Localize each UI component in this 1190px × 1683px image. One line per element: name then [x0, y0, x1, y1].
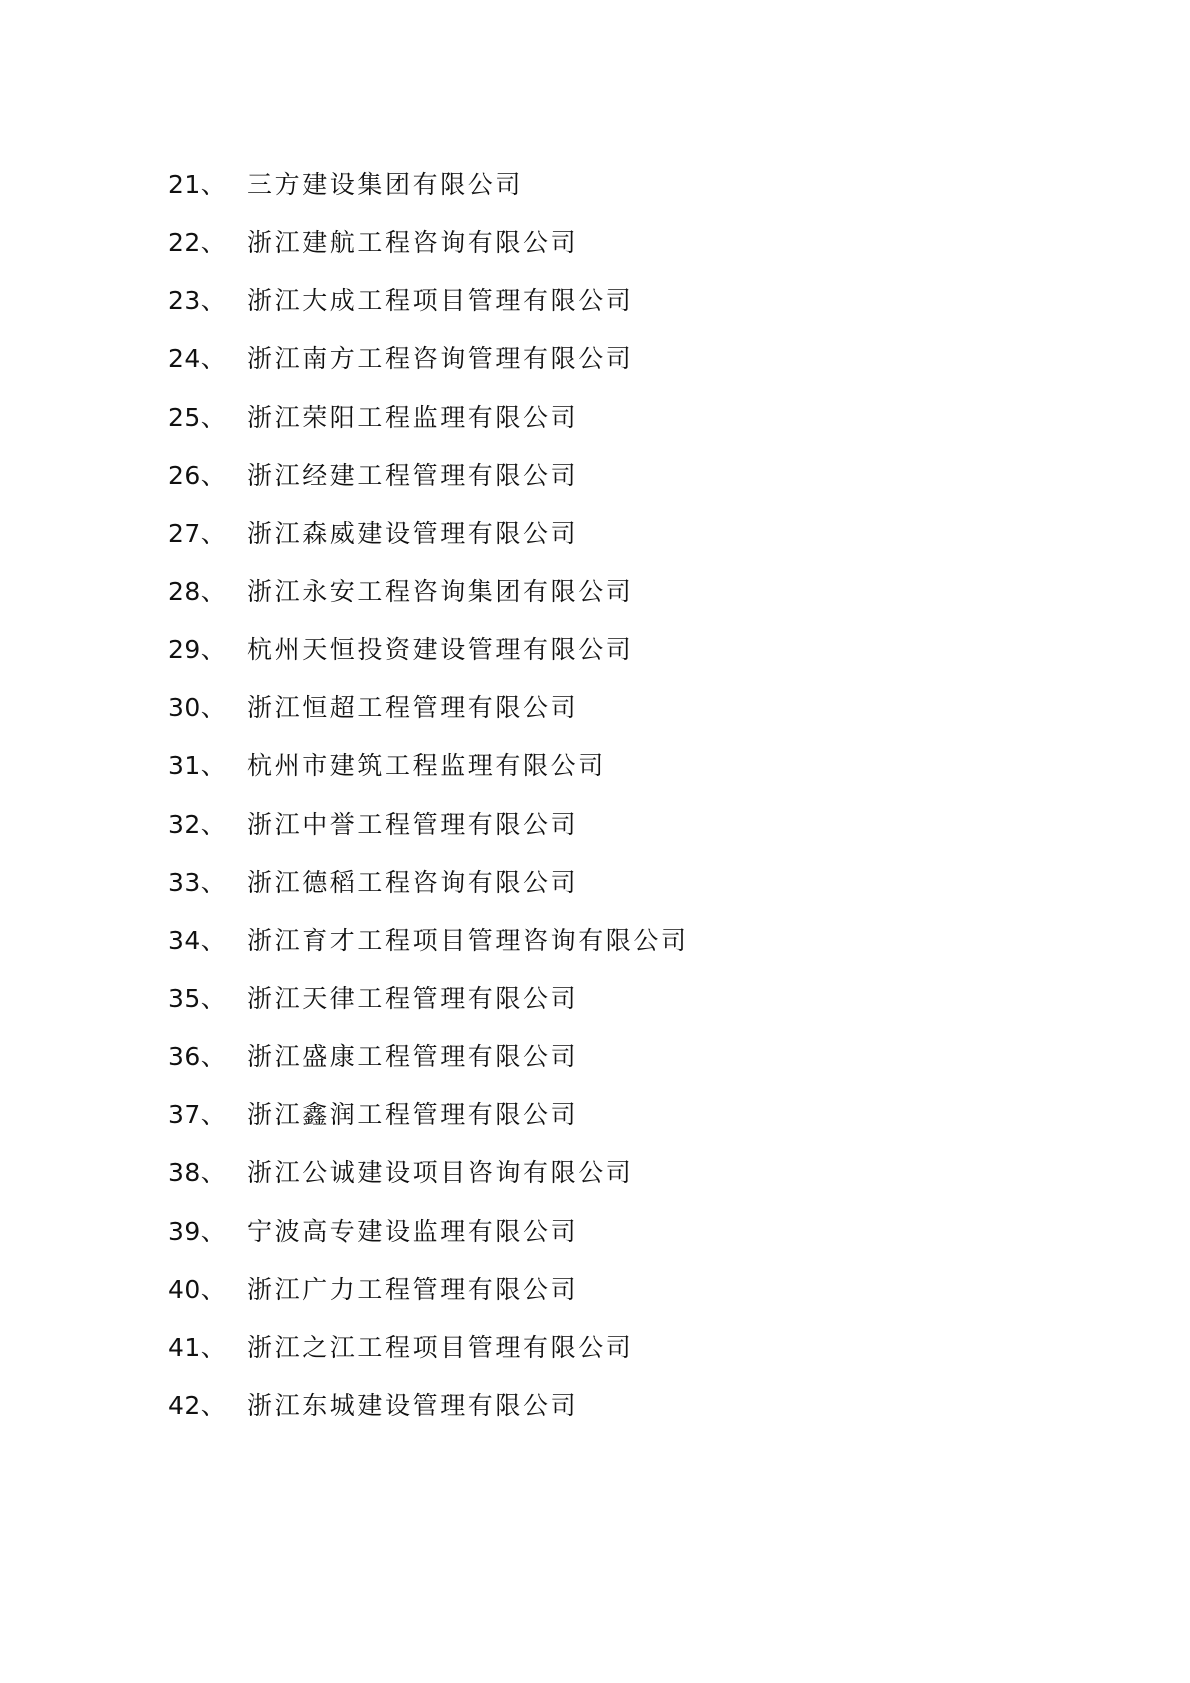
company-name: 浙江东城建设管理有限公司 — [247, 1388, 578, 1424]
list-item: 25、 浙江荣阳工程监理有限公司 — [168, 389, 689, 447]
company-name: 浙江荣阳工程监理有限公司 — [247, 400, 578, 436]
item-number: 32、 — [168, 807, 247, 843]
company-name: 浙江建航工程咨询有限公司 — [247, 225, 578, 261]
company-name: 浙江恒超工程管理有限公司 — [247, 690, 578, 726]
list-item: 26、 浙江经建工程管理有限公司 — [168, 447, 689, 505]
list-item: 24、 浙江南方工程咨询管理有限公司 — [168, 330, 689, 388]
company-name: 杭州市建筑工程监理有限公司 — [247, 748, 606, 784]
document-page: 21、 三方建设集团有限公司 22、 浙江建航工程咨询有限公司 23、 浙江大成… — [0, 0, 1190, 1683]
item-number: 23、 — [168, 283, 247, 319]
item-number: 22、 — [168, 225, 247, 261]
list-item: 39、 宁波高专建设监理有限公司 — [168, 1203, 689, 1261]
item-number: 21、 — [168, 167, 247, 203]
item-number: 27、 — [168, 516, 247, 552]
item-number: 37、 — [168, 1097, 247, 1133]
list-item: 27、 浙江森威建设管理有限公司 — [168, 505, 689, 563]
list-item: 36、 浙江盛康工程管理有限公司 — [168, 1028, 689, 1086]
item-number: 30、 — [168, 690, 247, 726]
company-name: 浙江大成工程项目管理有限公司 — [247, 283, 633, 319]
item-number: 31、 — [168, 748, 247, 784]
item-number: 25、 — [168, 400, 247, 436]
list-item: 30、 浙江恒超工程管理有限公司 — [168, 679, 689, 737]
company-name: 浙江公诚建设项目咨询有限公司 — [247, 1155, 633, 1191]
company-name: 浙江中誉工程管理有限公司 — [247, 807, 578, 843]
company-name: 浙江鑫润工程管理有限公司 — [247, 1097, 578, 1133]
company-name: 浙江南方工程咨询管理有限公司 — [247, 341, 633, 377]
company-name: 浙江盛康工程管理有限公司 — [247, 1039, 578, 1075]
company-list: 21、 三方建设集团有限公司 22、 浙江建航工程咨询有限公司 23、 浙江大成… — [168, 156, 689, 1435]
company-name: 杭州天恒投资建设管理有限公司 — [247, 632, 633, 668]
list-item: 22、 浙江建航工程咨询有限公司 — [168, 214, 689, 272]
list-item: 38、 浙江公诚建设项目咨询有限公司 — [168, 1144, 689, 1202]
list-item: 41、 浙江之江工程项目管理有限公司 — [168, 1319, 689, 1377]
item-number: 42、 — [168, 1388, 247, 1424]
item-number: 34、 — [168, 923, 247, 959]
company-name: 浙江天律工程管理有限公司 — [247, 981, 578, 1017]
item-number: 36、 — [168, 1039, 247, 1075]
item-number: 41、 — [168, 1330, 247, 1366]
item-number: 28、 — [168, 574, 247, 610]
company-name: 三方建设集团有限公司 — [247, 167, 523, 203]
list-item: 34、 浙江育才工程项目管理咨询有限公司 — [168, 912, 689, 970]
list-item: 21、 三方建设集团有限公司 — [168, 156, 689, 214]
list-item: 23、 浙江大成工程项目管理有限公司 — [168, 272, 689, 330]
company-name: 宁波高专建设监理有限公司 — [247, 1214, 578, 1250]
list-item: 33、 浙江德稻工程咨询有限公司 — [168, 854, 689, 912]
company-name: 浙江广力工程管理有限公司 — [247, 1272, 578, 1308]
company-name: 浙江永安工程咨询集团有限公司 — [247, 574, 633, 610]
company-name: 浙江之江工程项目管理有限公司 — [247, 1330, 633, 1366]
list-item: 40、 浙江广力工程管理有限公司 — [168, 1261, 689, 1319]
item-number: 40、 — [168, 1272, 247, 1308]
company-name: 浙江经建工程管理有限公司 — [247, 458, 578, 494]
company-name: 浙江森威建设管理有限公司 — [247, 516, 578, 552]
list-item: 35、 浙江天律工程管理有限公司 — [168, 970, 689, 1028]
item-number: 33、 — [168, 865, 247, 901]
item-number: 39、 — [168, 1214, 247, 1250]
list-item: 28、 浙江永安工程咨询集团有限公司 — [168, 563, 689, 621]
item-number: 29、 — [168, 632, 247, 668]
item-number: 26、 — [168, 458, 247, 494]
item-number: 35、 — [168, 981, 247, 1017]
list-item: 42、 浙江东城建设管理有限公司 — [168, 1377, 689, 1435]
item-number: 38、 — [168, 1155, 247, 1191]
list-item: 31、 杭州市建筑工程监理有限公司 — [168, 737, 689, 795]
list-item: 37、 浙江鑫润工程管理有限公司 — [168, 1086, 689, 1144]
list-item: 32、 浙江中誉工程管理有限公司 — [168, 796, 689, 854]
company-name: 浙江育才工程项目管理咨询有限公司 — [247, 923, 689, 959]
list-item: 29、 杭州天恒投资建设管理有限公司 — [168, 621, 689, 679]
item-number: 24、 — [168, 341, 247, 377]
company-name: 浙江德稻工程咨询有限公司 — [247, 865, 578, 901]
